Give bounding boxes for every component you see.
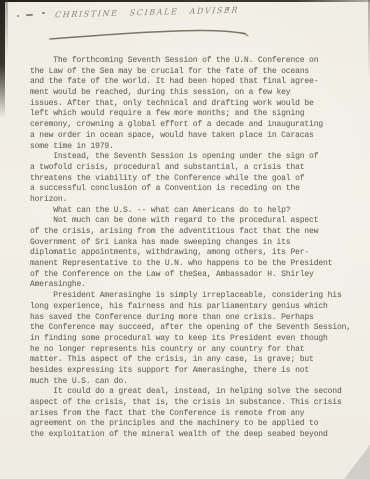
typed-text-line: has saved the Conference during more tha…	[30, 313, 351, 324]
typed-text-block: The forthcoming Seventh Session of the U…	[30, 56, 351, 441]
typed-text-line: diplomatic appointments, withdrawing, am…	[30, 248, 351, 259]
typed-text-line: of the crisis, arising from the adventit…	[30, 227, 351, 238]
typed-text-line: long experience, his fairness and his pa…	[30, 302, 351, 313]
scan-top-edge	[0, 0, 370, 2]
typed-text-line: the exploitation of the mineral wealth o…	[30, 430, 351, 441]
typed-text-line: agreement on the principles and the mach…	[30, 419, 351, 430]
typed-text-line: some time in 1979.	[30, 142, 351, 153]
pen-mark-dot	[17, 15, 19, 17]
handwritten-underline-icon	[45, 25, 255, 45]
typed-text-line: ment would be reached, during this sessi…	[30, 88, 351, 99]
typed-text-line: Government of Sri Lanka has made sweepin…	[30, 238, 351, 249]
typed-text-line: President Amerasinghe is simply irreplac…	[30, 291, 351, 302]
typed-text-line: matter. This aspect of the crisis, in an…	[30, 355, 351, 366]
typed-text-line: in finding some procedural way to keep i…	[30, 334, 351, 345]
typed-text-line: he no longer represents his country or a…	[30, 345, 351, 356]
typed-text-line: of the Conference on the Law of theSea, …	[30, 270, 351, 281]
typed-text-line: Amerasinghe.	[30, 280, 351, 291]
typed-text-line: It could do a great deal, instead, in he…	[30, 387, 351, 398]
typed-text-line: besides expressing its support for Amera…	[30, 366, 351, 377]
typed-text-line: threatens the viability of the Conferenc…	[30, 174, 351, 185]
typed-text-line: manent Representative to the U.N. who ha…	[30, 259, 351, 270]
typed-text-line: aspect of the crisis, that is, the crisi…	[30, 398, 351, 409]
typed-text-line: The forthcoming Seventh Session of the U…	[30, 56, 351, 67]
typed-text-line: the Law of the Sea may be crucial for th…	[30, 67, 351, 78]
scanned-document-page: CHRISTINE SCIBALE ADVISER The forthcomin…	[0, 0, 370, 479]
typed-text-line: and the fate of the world. It had been h…	[30, 77, 351, 88]
typed-text-line: ceremony, crowning a global effort of a …	[30, 120, 351, 131]
typed-text-line: arises from the fact that the Conference…	[30, 409, 351, 420]
typed-text-line: What can the U.S. -- what can Americans …	[30, 206, 351, 217]
typed-text-line: the Conference may succeed, after the op…	[30, 323, 351, 334]
typed-text-line: left which would require a few more mont…	[30, 109, 351, 120]
typed-text-line: issues. After that, only technical and d…	[30, 99, 351, 110]
typed-text-line: a new order in ocean space, would have t…	[30, 131, 351, 142]
typed-text-line: Instead, the Seventh Session is opening …	[30, 152, 351, 163]
typed-text-line: a successful conclusion of a Convention …	[30, 184, 351, 195]
scan-left-edge-shadow	[5, 0, 8, 60]
typed-text-line: much the U.S. can do.	[30, 377, 351, 388]
typed-text-line: Not much can be done with regard to the …	[30, 216, 351, 227]
typed-text-line: horizon.	[30, 195, 351, 206]
typed-text-line: a twofold crisis, procedural and substan…	[30, 163, 351, 174]
pen-mark-dot	[42, 12, 45, 14]
